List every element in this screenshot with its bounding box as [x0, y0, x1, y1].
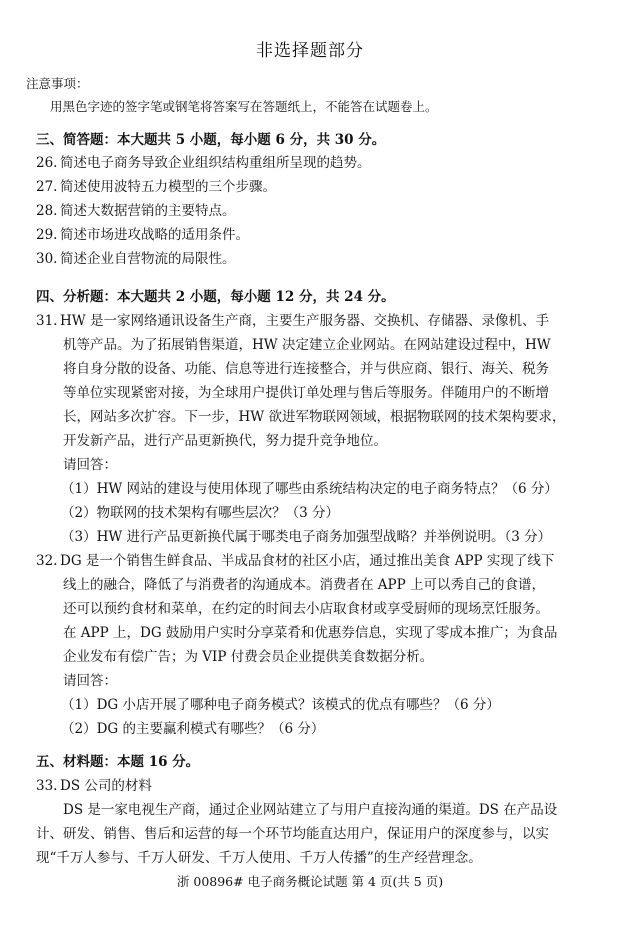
question-number: 32. — [36, 551, 60, 571]
question-text: 简述电子商务导致企业组织结构重组所呈现的趋势。 — [60, 155, 371, 171]
question-31-line-2: 机等产品。为了拓展销售渠道，HW 决定建立企业网站。在网站建设过程中，HW — [63, 335, 551, 355]
question-number: 28. — [36, 201, 60, 221]
question-31-sub-3: （3）HW 进行产品更新换代属于哪类电子商务加强型战略？并举例说明。（3 分） — [61, 527, 551, 547]
question-31-line-6: 开发新产品，进行产品更新换代，努力提升竞争地位。 — [63, 431, 387, 451]
section5-heading: 五、材料题：本题 16 分。 — [36, 752, 199, 772]
question-33-line-3: 现“千万人参与、千万人研发、千万人使用、千万人传播”的生产经营理念。 — [36, 848, 482, 868]
question-number: 30. — [36, 249, 60, 269]
question-32-line-3: 还可以预约食材和菜单，在约定的时间去小店取食材或享受厨师的现场烹饪服务。 — [63, 599, 549, 619]
question-31-line-3: 将自身分散的设备、功能、信息等进行连接整合，并与供应商、银行、海关、税务 — [63, 359, 549, 379]
question-31-line-1: 31.HW 是一家网络通讯设备生产商，主要生产服务器、交换机、存储器、录像机、手 — [36, 311, 549, 331]
question-31-prompt: 请回答： — [63, 455, 117, 475]
question-text: 简述企业自营物流的局限性。 — [60, 251, 236, 267]
question-text: 简述大数据营销的主要特点。 — [60, 203, 236, 219]
question-text: DG 是一个销售生鲜食品、半成品食材的社区小店，通过推出美食 APP 实现了线下 — [60, 553, 554, 569]
question-text: DS 公司的材料 — [60, 778, 152, 794]
section3-heading: 三、简答题：本大题共 5 小题，每小题 6 分，共 30 分。 — [36, 130, 385, 150]
question-text: 简述市场进攻战略的适用条件。 — [60, 227, 249, 243]
page-title: 非选择题部分 — [0, 36, 620, 61]
notice-label: 注意事项： — [26, 74, 89, 92]
question-26: 26.简述电子商务导致企业组织结构重组所呈现的趋势。 — [36, 153, 371, 173]
question-31-sub-1: （1）HW 网站的建设与使用体现了哪些由系统结构决定的电子商务特点？（6 分） — [61, 479, 558, 499]
question-text: 简述使用波特五力模型的三个步骤。 — [60, 179, 276, 195]
question-28: 28.简述大数据营销的主要特点。 — [36, 201, 236, 221]
notice-text: 用黑色字迹的签字笔或钢笔将答案写在答题纸上，不能答在试题卷上。 — [50, 97, 438, 115]
question-number: 31. — [36, 311, 60, 331]
question-29: 29.简述市场进攻战略的适用条件。 — [36, 225, 249, 245]
question-31-line-5: 长，网站多次扩容。下一步，HW 欲进军物联网领域，根据物联网的技术架构要求， — [63, 407, 565, 427]
question-number: 26. — [36, 153, 60, 173]
question-number: 29. — [36, 225, 60, 245]
question-32-sub-2: （2）DG 的主要赢利模式有哪些？（6 分） — [61, 719, 324, 739]
question-31-line-4: 等单位实现紧密对接，为全球用户提供订单处理与售后等服务。伴随用户的不断增 — [63, 383, 549, 403]
question-32-line-5: 企业发布有偿广告；为 VIP 付费会员企业提供美食数据分析。 — [63, 647, 433, 667]
question-number: 33. — [36, 776, 60, 796]
question-number: 27. — [36, 177, 60, 197]
page-footer: 浙 00896# 电子商务概论试题 第 4 页(共 5 页) — [0, 872, 620, 890]
question-text: HW 是一家网络通讯设备生产商，主要生产服务器、交换机、存储器、录像机、手 — [60, 313, 549, 329]
question-27: 27.简述使用波特五力模型的三个步骤。 — [36, 177, 276, 197]
question-32-line-2: 线上的融合，降低了与消费者的沟通成本。消费者在 APP 上可以秀自己的食谱， — [63, 575, 545, 595]
question-31-sub-2: （2）物联网的技术架构有哪些层次？（3 分） — [61, 503, 339, 523]
section4-heading: 四、分析题：本大题共 2 小题，每小题 12 分，共 24 分。 — [36, 287, 395, 307]
question-32-line-4: 在 APP 上，DG 鼓励用户实时分享菜肴和优惠券信息，实现了零成本推广；为食品 — [63, 623, 557, 643]
question-32-prompt: 请回答： — [63, 671, 117, 691]
question-32-line-1: 32.DG 是一个销售生鲜食品、半成品食材的社区小店，通过推出美食 APP 实现… — [36, 551, 554, 571]
question-30: 30.简述企业自营物流的局限性。 — [36, 249, 236, 269]
question-33-line-2: 计、研发、销售、售后和运营的每一个环节均能直达用户，保证用户的深度参与，以实 — [36, 824, 549, 844]
question-32-sub-1: （1）DG 小店开展了哪种电子商务模式？该模式的优点有哪些？（6 分） — [61, 695, 500, 715]
question-33-title: 33.DS 公司的材料 — [36, 776, 152, 796]
question-33-line-1: DS 是一家电视生产商，通过企业网站建立了与用户直接沟通的渠道。DS 在产品设 — [63, 800, 557, 820]
